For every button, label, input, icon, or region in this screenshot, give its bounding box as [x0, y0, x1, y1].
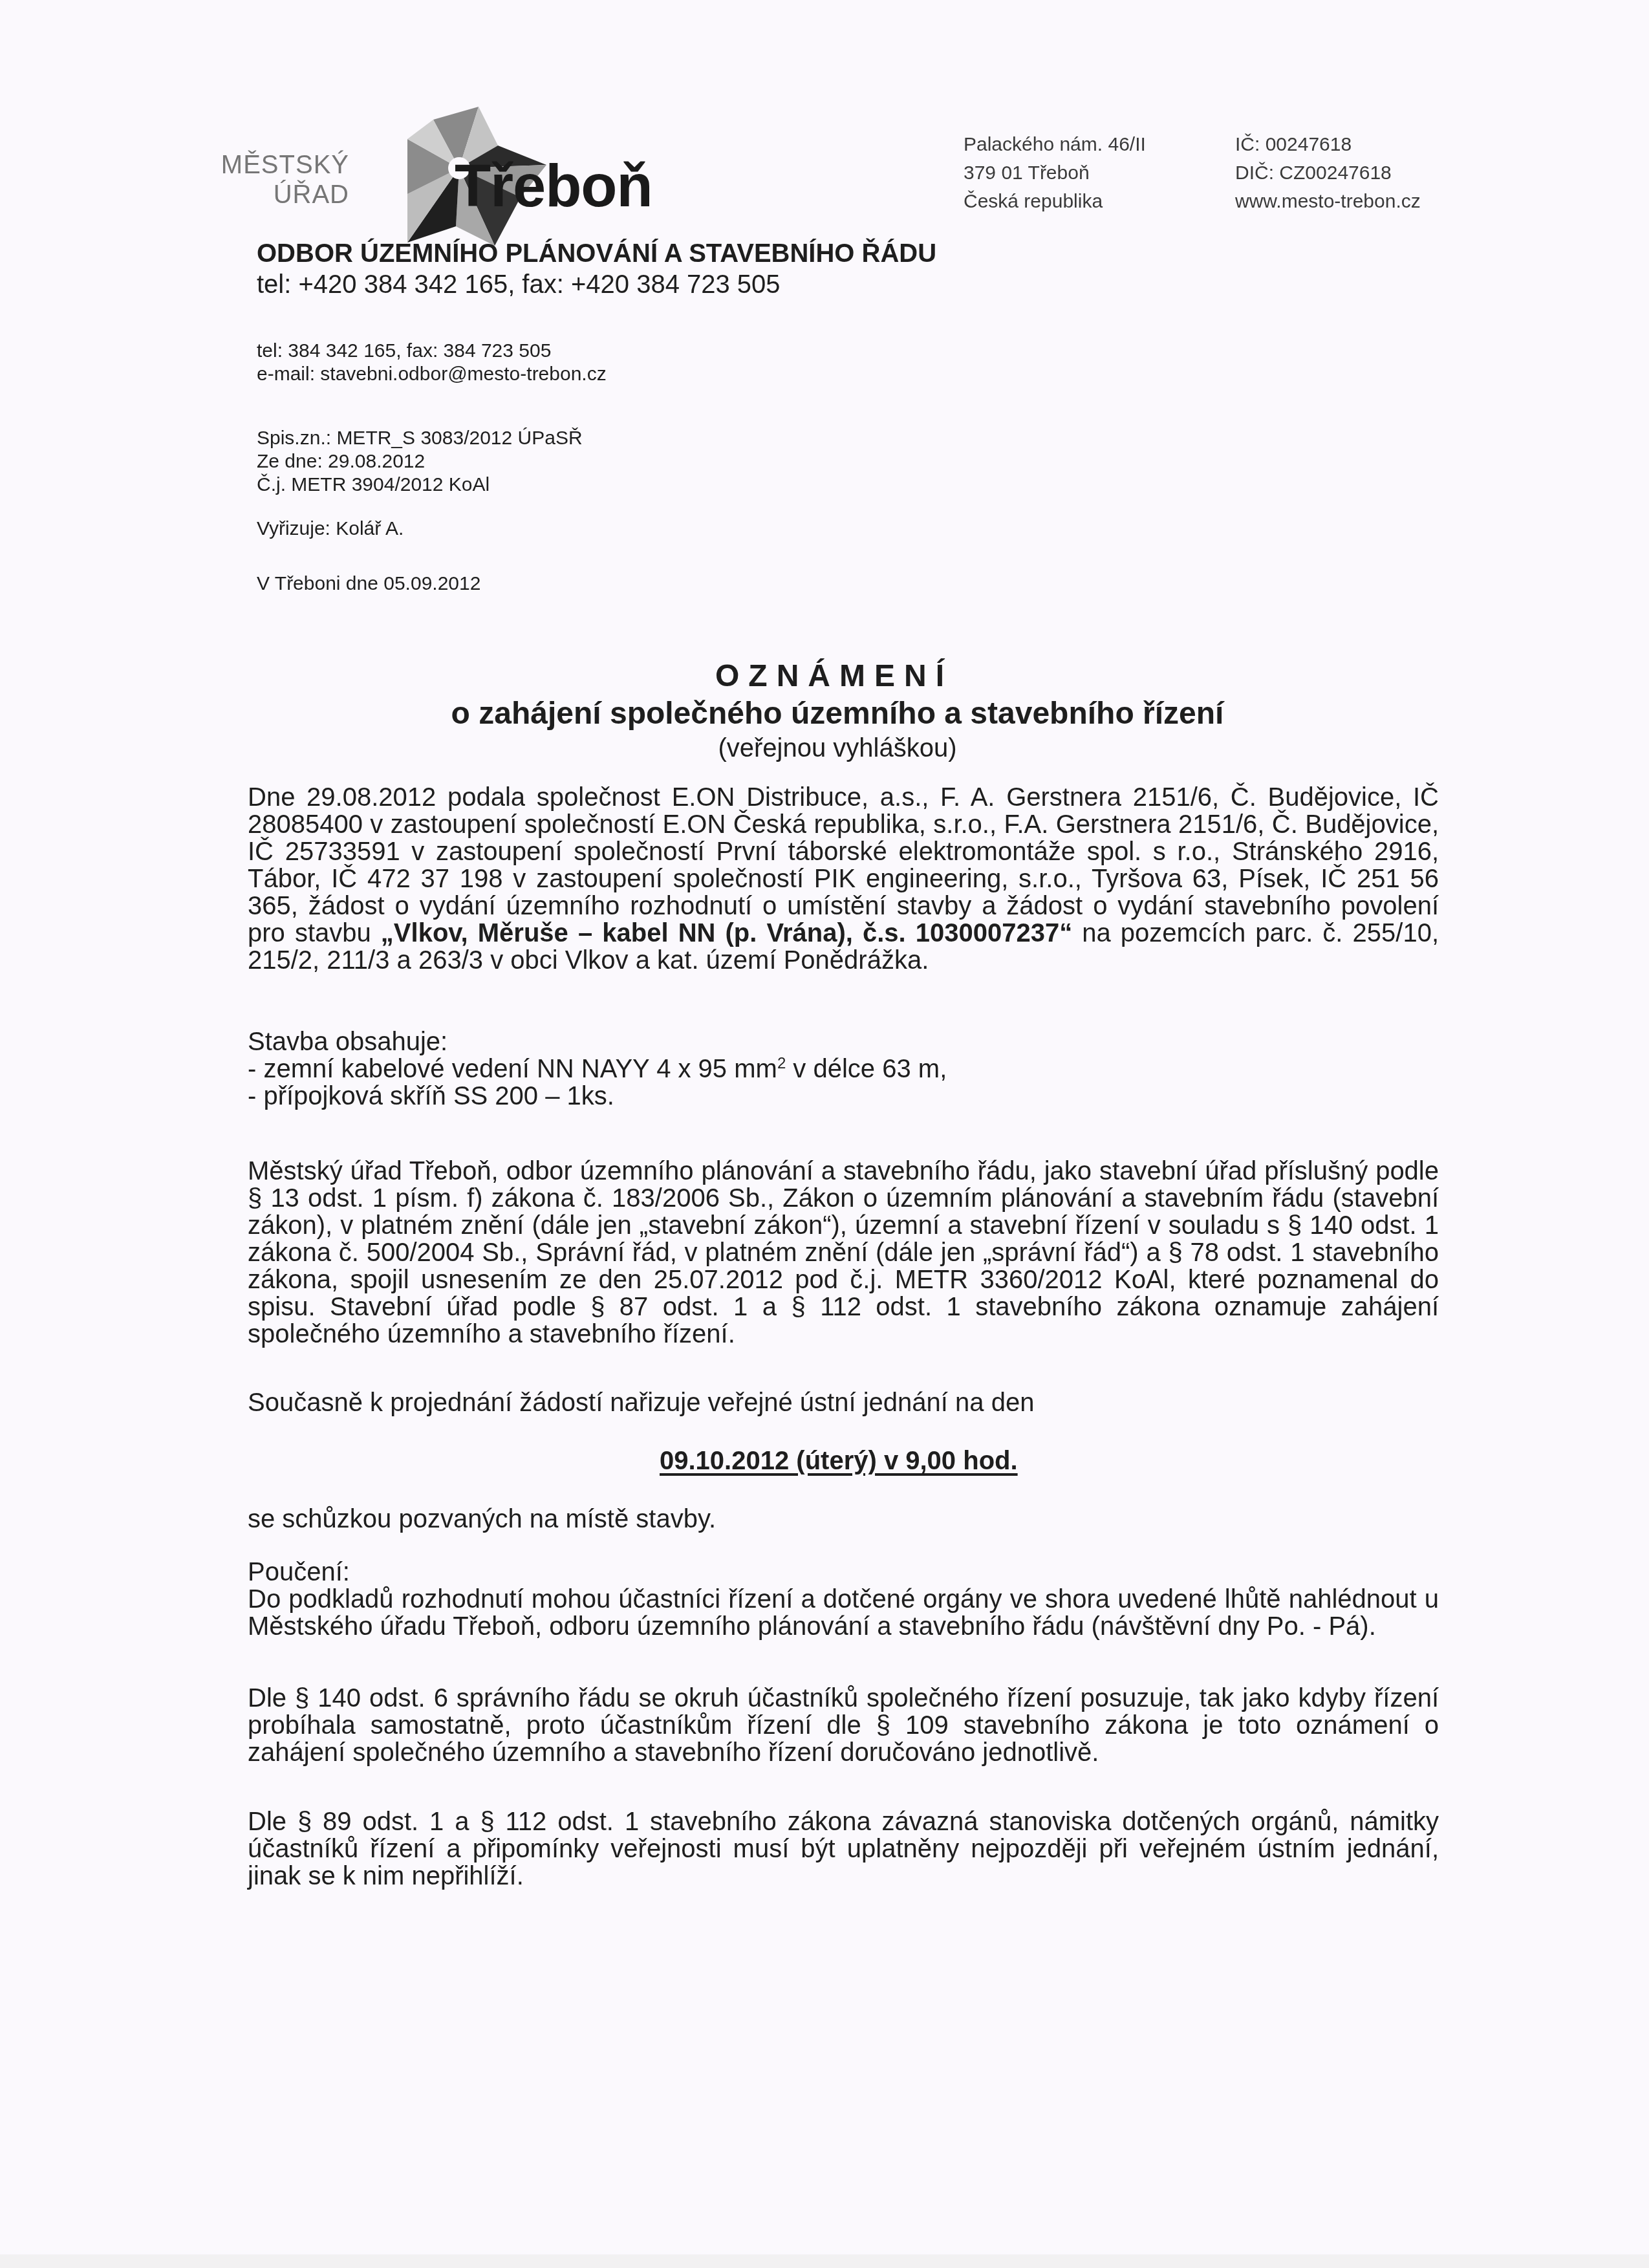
address-street: Palackého nám. 46/II [964, 131, 1146, 159]
handled-by: Vyřizuje: Kolář A. [257, 517, 404, 541]
address-city: 379 01 Třeboň [964, 159, 1146, 188]
document-page: MĚSTSKÝ ÚŘAD Třeboň Palackého nám. 46/II… [0, 0, 1649, 2268]
case-number: Č.j. METR 3904/2012 KoAl [257, 473, 583, 497]
department-phone: tel: +420 384 342 165, fax: +420 384 723… [257, 270, 781, 299]
contact-email[interactable]: e-mail: stavebni.odbor@mesto-trebon.cz [257, 363, 607, 386]
construction-item: - přípojková skříň SS 200 – 1ks. [248, 1083, 1439, 1110]
construction-contents-heading: Stavba obsahuje: [248, 1028, 1439, 1055]
office-label-line1: MĚSTSKÝ [200, 150, 349, 180]
office-ids: IČ: 00247618 DIČ: CZ00247618 www.mesto-t… [1235, 131, 1421, 216]
document-subtitle-note: (veřejnou vyhláškou) [0, 734, 1649, 763]
paragraph-objections: Dle § 89 odst. 1 a § 112 odst. 1 stavebn… [248, 1808, 1439, 1890]
hearing-datetime: 09.10.2012 (úterý) v 9,00 hod. [660, 1447, 1018, 1476]
office-label-line2: ÚŘAD [200, 180, 349, 210]
instruction-heading: Poučení: [248, 1559, 1439, 1586]
town-name: Třeboň [455, 153, 652, 221]
ic-number: IČ: 00247618 [1235, 131, 1421, 159]
reference-block: Spis.zn.: METR_S 3083/2012 ÚPaSŘ Ze dne:… [257, 427, 583, 497]
item-text: - zemní kabelové vedení NN NAYY 4 x 95 m… [248, 1055, 777, 1083]
address-country: Česká republika [964, 188, 1146, 216]
document-title: OZNÁMENÍ [0, 658, 1649, 694]
office-label: MĚSTSKÝ ÚŘAD [200, 150, 349, 210]
paragraph-hearing: Současně k projednání žádostí nařizuje v… [248, 1389, 1439, 1416]
paragraph-participants: Dle § 140 odst. 6 správního řádu se okru… [248, 1685, 1439, 1766]
document-subtitle: o zahájení společného územního a stavebn… [0, 696, 1649, 731]
dic-number: DIČ: CZ00247618 [1235, 159, 1421, 188]
place-and-date: V Třeboni dne 05.09.2012 [257, 572, 480, 596]
contact-block: tel: 384 342 165, fax: 384 723 505 e-mai… [257, 340, 607, 386]
contact-phone: tel: 384 342 165, fax: 384 723 505 [257, 340, 607, 363]
construction-name: „Vlkov, Měruše – kabel NN (p. Vrána), č.… [381, 919, 1072, 947]
reference-date: Ze dne: 29.08.2012 [257, 450, 583, 473]
construction-contents: Stavba obsahuje: - zemní kabelové vedení… [248, 1028, 1439, 1110]
instruction-text: Do podkladů rozhodnutí mohou účastníci ř… [248, 1585, 1439, 1641]
paragraph-site-meeting: se schůzkou pozvaných na místě stavby. [248, 1506, 1439, 1533]
superscript: 2 [777, 1055, 786, 1072]
paragraph-authority: Městský úřad Třeboň, odbor územního plán… [248, 1158, 1439, 1348]
office-address: Palackého nám. 46/II 379 01 Třeboň Česká… [964, 131, 1146, 216]
item-text: v délce 63 m, [786, 1055, 947, 1083]
file-reference: Spis.zn.: METR_S 3083/2012 ÚPaSŘ [257, 427, 583, 450]
paragraph-instruction: Poučení: Do podkladů rozhodnutí mohou úč… [248, 1559, 1439, 1640]
department-name: ODBOR ÚZEMNÍHO PLÁNOVÁNÍ A STAVEBNÍHO ŘÁ… [257, 239, 936, 268]
website-link[interactable]: www.mesto-trebon.cz [1235, 188, 1421, 216]
scan-bottom-edge [0, 2254, 1649, 2268]
paragraph-application: Dne 29.08.2012 podala společnost E.ON Di… [248, 784, 1439, 974]
construction-item: - zemní kabelové vedení NN NAYY 4 x 95 m… [248, 1055, 1439, 1083]
